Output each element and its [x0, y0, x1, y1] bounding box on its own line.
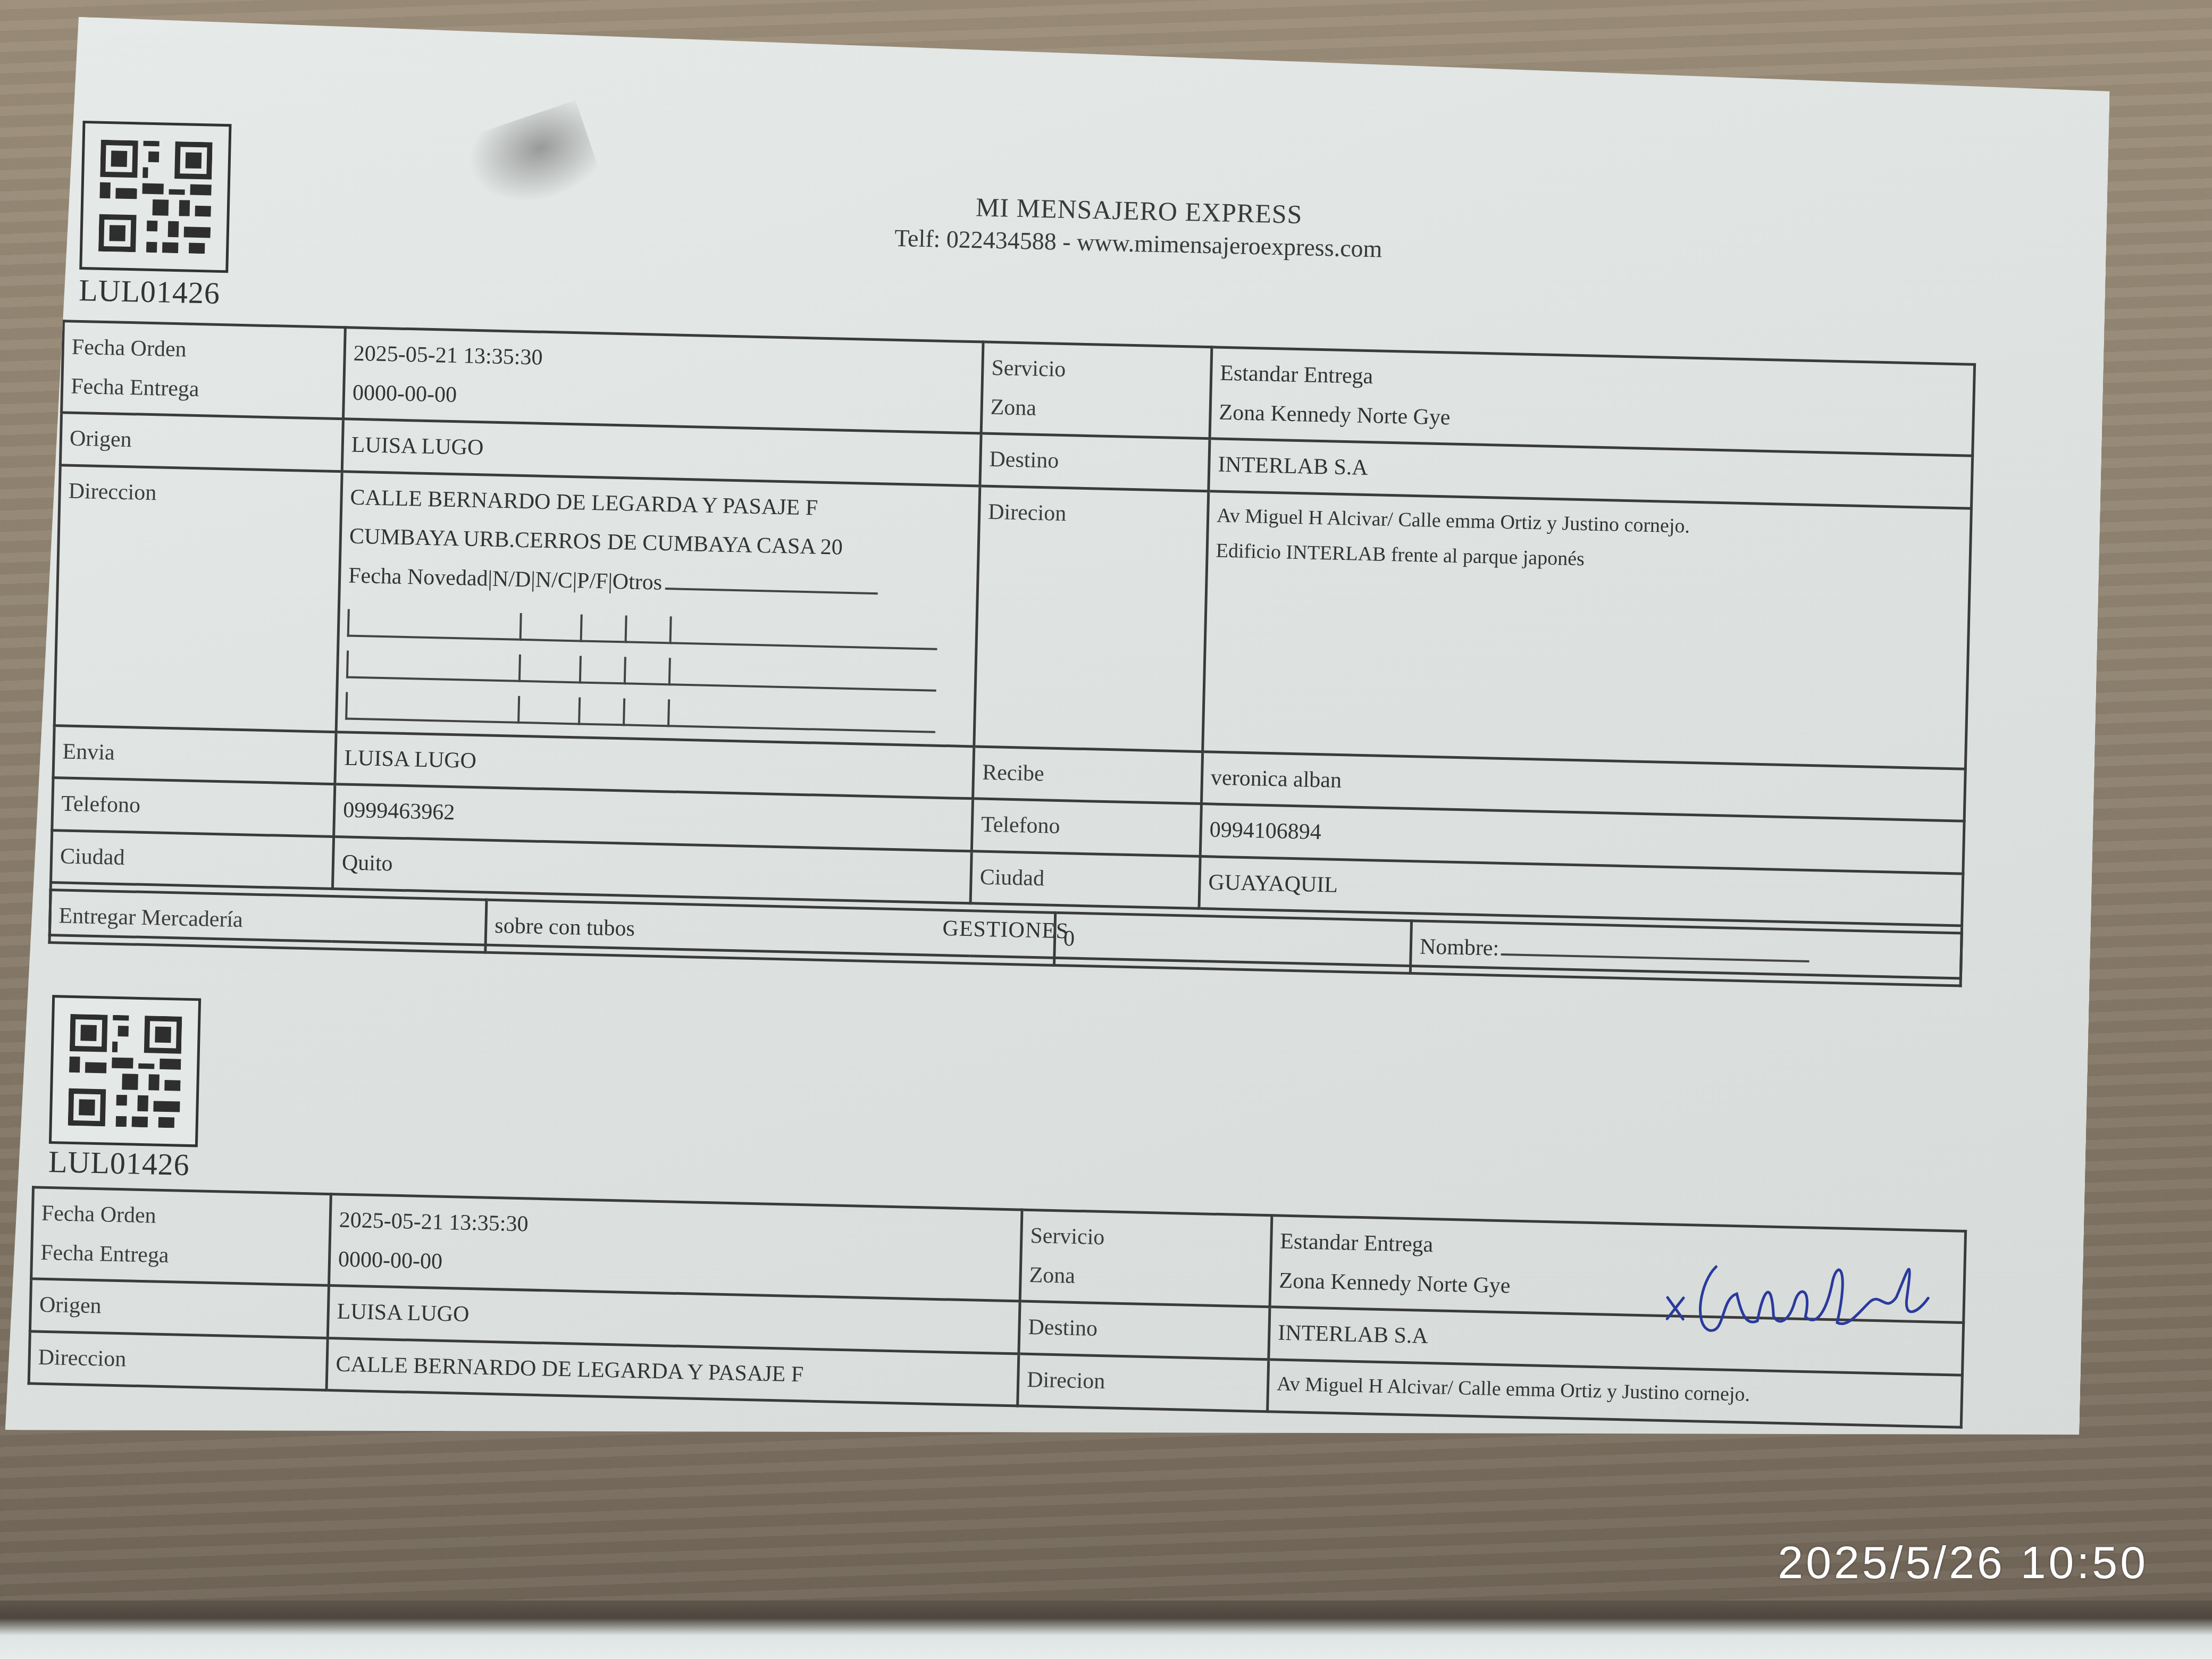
contenido-value: sobre con tubos — [485, 900, 1055, 965]
delivery-slip-paper: LUL01426 MI MENSAJERO EXPRESS Telf: 0224… — [5, 16, 2110, 1477]
label-fecha-entrega: Fecha Entrega — [40, 1233, 321, 1278]
label-fecha-orden: Fecha Orden — [71, 328, 337, 373]
label-recibe: Recibe — [973, 746, 1203, 803]
value-fechas: 2025-05-21 13:35:30 0000-00-00 — [343, 328, 983, 433]
label-destino: Destino — [980, 433, 1210, 491]
label-telefono-origen: Telefono — [52, 778, 335, 836]
label-entregar-mercaderia: Entregar Mercadería — [49, 890, 487, 952]
label-telefono-destino: Telefono — [971, 799, 1201, 856]
tracking-code-bottom: LUL01426 — [48, 1144, 190, 1183]
value-servicio-zona: Estandar Entrega Zona Kennedy Norte Gye — [1210, 347, 1975, 456]
label-ciudad-origen: Ciudad — [51, 830, 334, 889]
label-direccion: Direccion — [54, 465, 342, 732]
novedad-header-text: Fecha Novedad|N/D|N/C|P/F|Otros — [348, 563, 663, 594]
otros-line — [665, 572, 878, 594]
value-fechas-bottom: 2025-05-21 13:35:30 0000-00-00 — [329, 1194, 1022, 1301]
nombre-cell: Nombre: — [1410, 921, 1962, 986]
qr-code-icon — [68, 1014, 182, 1128]
label-fecha-orden: Fecha Orden — [41, 1194, 322, 1239]
label-servicio-zona-bottom: Servicio Zona — [1020, 1210, 1272, 1307]
qr-code-bottom — [49, 995, 201, 1147]
label-servicio-zona: Servicio Zona — [981, 342, 1212, 439]
direccion-origen-cell: CALLE BERNARDO DE LEGARDA Y PASAJE F CUM… — [336, 471, 980, 746]
label-ciudad-destino: Ciudad — [970, 851, 1200, 908]
label-fechas-bottom: Fecha Orden Fecha Entrega — [31, 1187, 331, 1286]
label-nombre: Nombre: — [1419, 934, 1499, 960]
qr-code-icon — [98, 140, 213, 254]
qr-code-top — [79, 121, 231, 273]
cantidad-value: 0 — [1054, 912, 1411, 973]
photo-timestamp: 2025/5/26 10:50 — [1778, 1537, 2148, 1589]
label-servicio: Servicio — [1030, 1217, 1263, 1261]
label-zona: Zona — [990, 388, 1202, 431]
label-fechas: Fecha Orden Fecha Entrega — [62, 321, 346, 419]
label-direcion-destino: Direcion — [1018, 1354, 1269, 1412]
label-direcion-destino: Direcion — [974, 485, 1209, 751]
label-servicio: Servicio — [991, 349, 1203, 392]
desk-edge — [0, 1601, 2212, 1659]
company-header: MI MENSAJERO EXPRESS Telf: 022434588 - w… — [766, 187, 1511, 266]
label-direccion: Direccion — [29, 1331, 328, 1390]
label-zona: Zona — [1029, 1255, 1262, 1300]
tracking-code-top: LUL01426 — [79, 272, 221, 311]
nombre-line — [1501, 937, 1810, 962]
label-envia: Envia — [53, 725, 336, 784]
label-origen: Origen — [30, 1279, 329, 1338]
shipment-table-top: Fecha Orden Fecha Entrega 2025-05-21 13:… — [48, 320, 1976, 979]
label-destino: Destino — [1019, 1301, 1270, 1359]
direccion-destino-cell: Av Miguel H Alcivar/ Calle emma Ortiz y … — [1203, 491, 1972, 768]
handwritten-signature — [1656, 1234, 1956, 1347]
label-fecha-entrega: Fecha Entrega — [70, 367, 336, 412]
ink-stain — [460, 100, 603, 220]
label-origen: Origen — [60, 413, 343, 471]
